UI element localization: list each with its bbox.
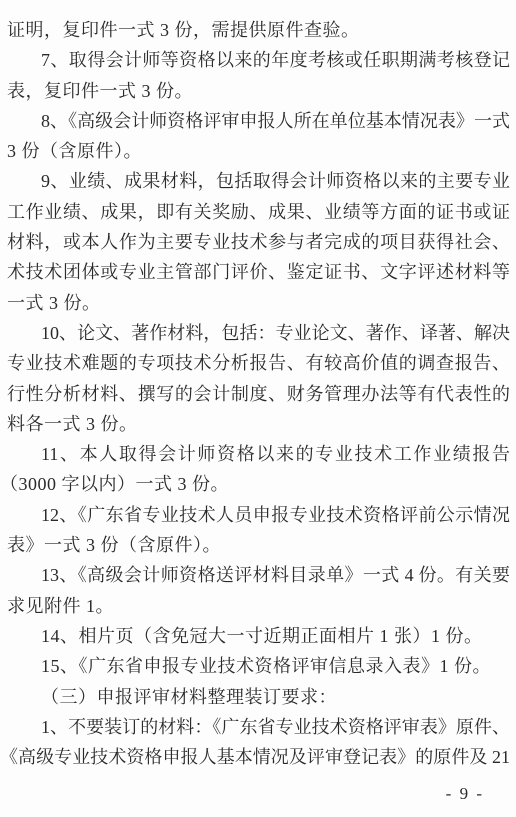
text-line: 专业技术难题的专项技术分析报告、有较高价值的调查报告、可 <box>7 348 510 378</box>
text-line: 表》一式 3 份（含原件）。 <box>7 530 510 560</box>
lines-container: 证明，复印件一式 3 份，需提供原件查验。7、取得会计师等资格以来的年度考核或任… <box>7 15 510 772</box>
text-line: 9、业绩、成果材料，包括取得会计师资格以来的主要专业 <box>7 166 510 196</box>
text-line: 11、本人取得会计师资格以来的专业技术工作业绩报告 <box>7 439 510 469</box>
text-line: 行性分析材料、撰写的会计制度、财务管理办法等有代表性的材 <box>7 379 510 409</box>
text-line: 10、论文、著作材料，包括：专业论文、著作、译著、解决 <box>7 318 510 348</box>
text-line: 一式 3 份。 <box>7 288 510 318</box>
document-page: 证明，复印件一式 3 份，需提供原件查验。7、取得会计师等资格以来的年度考核或任… <box>0 0 516 817</box>
text-line: 求见附件 1。 <box>7 591 510 621</box>
text-line: 证明，复印件一式 3 份，需提供原件查验。 <box>7 15 510 45</box>
page-footer: - 9 - <box>446 784 484 804</box>
text-line: 15、《广东省申报专业技术资格评审信息录入表》1 份。 <box>7 651 510 681</box>
text-line: 料各一式 3 份。 <box>7 409 510 439</box>
text-line: 3 份（含原件）。 <box>7 136 510 166</box>
text-line: 14、相片页（含免冠大一寸近期正面相片 1 张）1 份。 <box>7 621 510 651</box>
text-line: 材料，或本人作为主要专业技术参与者完成的项目获得社会、学 <box>7 227 510 257</box>
text-line: （三）申报评审材料整理装订要求： <box>7 682 510 712</box>
text-line: 术技术团体或专业主管部门评价、鉴定证书、文字评述材料等各 <box>7 257 510 287</box>
text-line: 表，复印件一式 3 份。 <box>7 76 510 106</box>
text-line: 12、《广东省专业技术人员申报专业技术资格评前公示情况 <box>7 500 510 530</box>
text-line: 工作业绩、成果，即有关奖励、成果、业绩等方面的证书或证明 <box>7 197 510 227</box>
text-line: 《高级专业技术资格申报人基本情况及评审登记表》的原件及 21 <box>0 742 510 772</box>
text-line: 8、《高级会计师资格评审申报人所在单位基本情况表》一式 <box>7 106 510 136</box>
text-line: （3000 字以内）一式 3 份。 <box>0 469 510 499</box>
text-line: 1、不要装订的材料：《广东省专业技术资格评审表》原件、 <box>7 712 510 742</box>
page-number: - 9 - <box>446 784 484 803</box>
text-line: 13、《高级会计师资格送评材料目录单》一式 4 份。有关要 <box>7 560 510 590</box>
text-line: 7、取得会计师等资格以来的年度考核或任职期满考核登记 <box>7 45 510 75</box>
